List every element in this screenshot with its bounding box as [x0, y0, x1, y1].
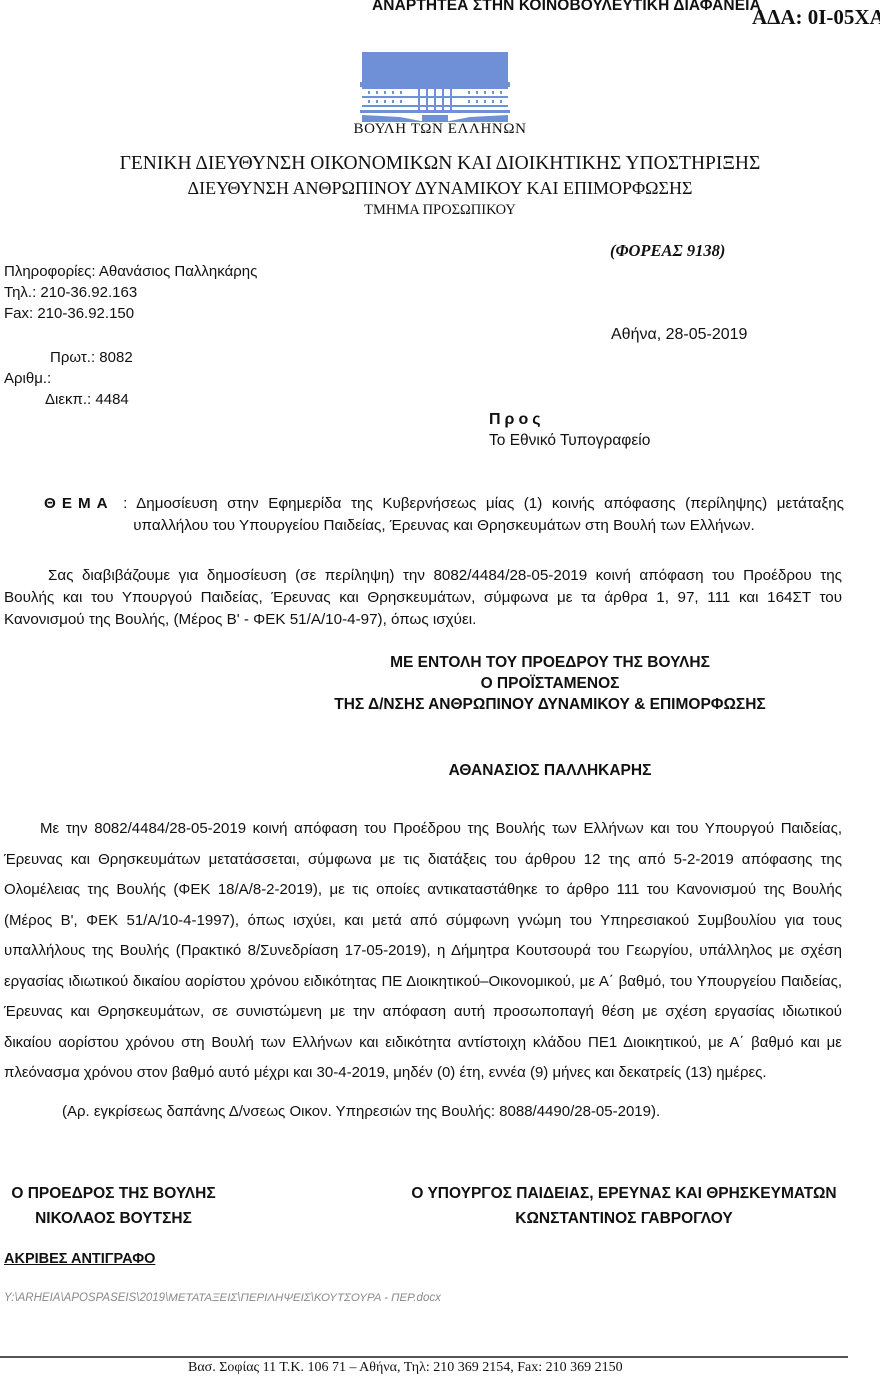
signature-left-title: Ο ΠΡΟΕΔΡΟΣ ΤΗΣ ΒΟΥΛΗΣ — [0, 1181, 227, 1206]
dispatch-number: Διεκπ.: 4484 — [45, 391, 129, 408]
contact-info: Πληροφορίες: Αθανάσιος Παλληκάρης — [4, 263, 257, 280]
true-copy-label: ΑΚΡΙΒΕΣ ΑΝΤΙΓΡΑΦΟ — [4, 1251, 155, 1267]
recipient-label: Προς — [489, 411, 545, 429]
contact-fax: Fax: 210-36.92.150 — [4, 305, 134, 322]
order-line-3: ΤΗΣ Δ/ΝΣΗΣ ΑΝΘΡΩΠΙΝΟΥ ΔΥΝΑΜΙΚΟΥ & ΕΠΙΜΟΡ… — [300, 696, 800, 714]
summary-paragraph: Με την 8082/4484/28-05-2019 κοινή απόφασ… — [4, 814, 842, 1089]
document-date: Αθήνα, 28-05-2019 — [611, 326, 747, 344]
department: ΤΜΗΜΑ ΠΡΟΣΩΠΙΚΟΥ — [0, 202, 880, 219]
number-label: Αριθμ.: — [4, 370, 51, 387]
subject-text: : Δημοσίευση στην Εφημερίδα της Κυβερνήσ… — [114, 495, 844, 534]
intro-paragraph: Σας διαβιβάζουμε για δημοσίευση (σε περί… — [4, 565, 842, 631]
footer-divider — [0, 1356, 848, 1358]
protocol-number: Πρωτ.: 8082 — [50, 349, 133, 366]
contact-phone: Τηλ.: 210-36.92.163 — [4, 284, 137, 301]
file-path: Y:\ARHEIA\APOSPASEIS\2019\ΜΕΤΑΤΑΞΕΙΣ\ΠΕΡ… — [4, 1292, 441, 1304]
subject-label: ΘΕΜΑ — [44, 495, 114, 512]
subject: ΘΕΜΑ : Δημοσίευση στην Εφημερίδα της Κυβ… — [44, 493, 844, 537]
signature-right-name: ΚΩΝΣΤΑΝΤΙΝΟΣ ΓΑΒΡΟΓΛΟΥ — [404, 1206, 844, 1231]
order-line-2: Ο ΠΡΟΪΣΤΑΜΕΝΟΣ — [300, 675, 800, 693]
recipient-name: Το Εθνικό Τυπογραφείο — [489, 432, 650, 450]
order-line-1: ΜΕ ΕΝΤΟΛΗ ΤΟΥ ΠΡΟΕΔΡΟΥ ΤΗΣ ΒΟΥΛΗΣ — [300, 654, 800, 672]
institution-name: ΒΟΥΛΗ ΤΩΝ ΕΛΛΗΝΩΝ — [0, 121, 880, 138]
order-signatory: ΑΘΑΝΑΣΙΟΣ ΠΑΛΛΗΚΑΡΗΣ — [300, 762, 800, 780]
directorate: ΔΙΕΥΘΥΝΣΗ ΑΝΘΡΩΠΙΝΟΥ ΔΥΝΑΜΙΚΟΥ ΚΑΙ ΕΠΙΜΟ… — [0, 178, 880, 199]
posting-notice: ΑΝΑΡΤΗΤΕΑ ΣΤΗΝ ΚΟΙΝΟΒΟΥΛΕΥΤΙΚΗ ΔΙΑΦΑΝΕΙΑ — [372, 0, 761, 15]
signature-left-name: ΝΙΚΟΛΑΟΣ ΒΟΥΤΣΗΣ — [0, 1206, 227, 1231]
parliament-building-icon — [360, 52, 510, 122]
signature-left: Ο ΠΡΟΕΔΡΟΣ ΤΗΣ ΒΟΥΛΗΣ ΝΙΚΟΛΑΟΣ ΒΟΥΤΣΗΣ — [0, 1181, 227, 1231]
signature-right-title: Ο ΥΠΟΥΡΓΟΣ ΠΑΙΔΕΙΑΣ, ΕΡΕΥΝΑΣ ΚΑΙ ΘΡΗΣΚΕΥ… — [404, 1181, 844, 1206]
directorate-general: ΓΕΝΙΚΗ ΔΙΕΥΘΥΝΣΗ ΟΙΚΟΝΟΜΙΚΩΝ ΚΑΙ ΔΙΟΙΚΗΤ… — [0, 153, 880, 175]
signature-right: Ο ΥΠΟΥΡΓΟΣ ΠΑΙΔΕΙΑΣ, ΕΡΕΥΝΑΣ ΚΑΙ ΘΡΗΣΚΕΥ… — [404, 1181, 844, 1231]
footer-address: Βασ. Σοφίας 11 Τ.Κ. 106 71 – Αθήνα, Τηλ:… — [188, 1360, 623, 1376]
approval-note: (Αρ. εγκρίσεως δαπάνης Δ/νσεως Οικον. Υπ… — [62, 1103, 660, 1120]
foreas-code: (ΦΟΡΕΑΣ 9138) — [610, 241, 725, 261]
ada-code: ΑΔΑ: 0Ι-05ΧΑ — [752, 5, 880, 30]
